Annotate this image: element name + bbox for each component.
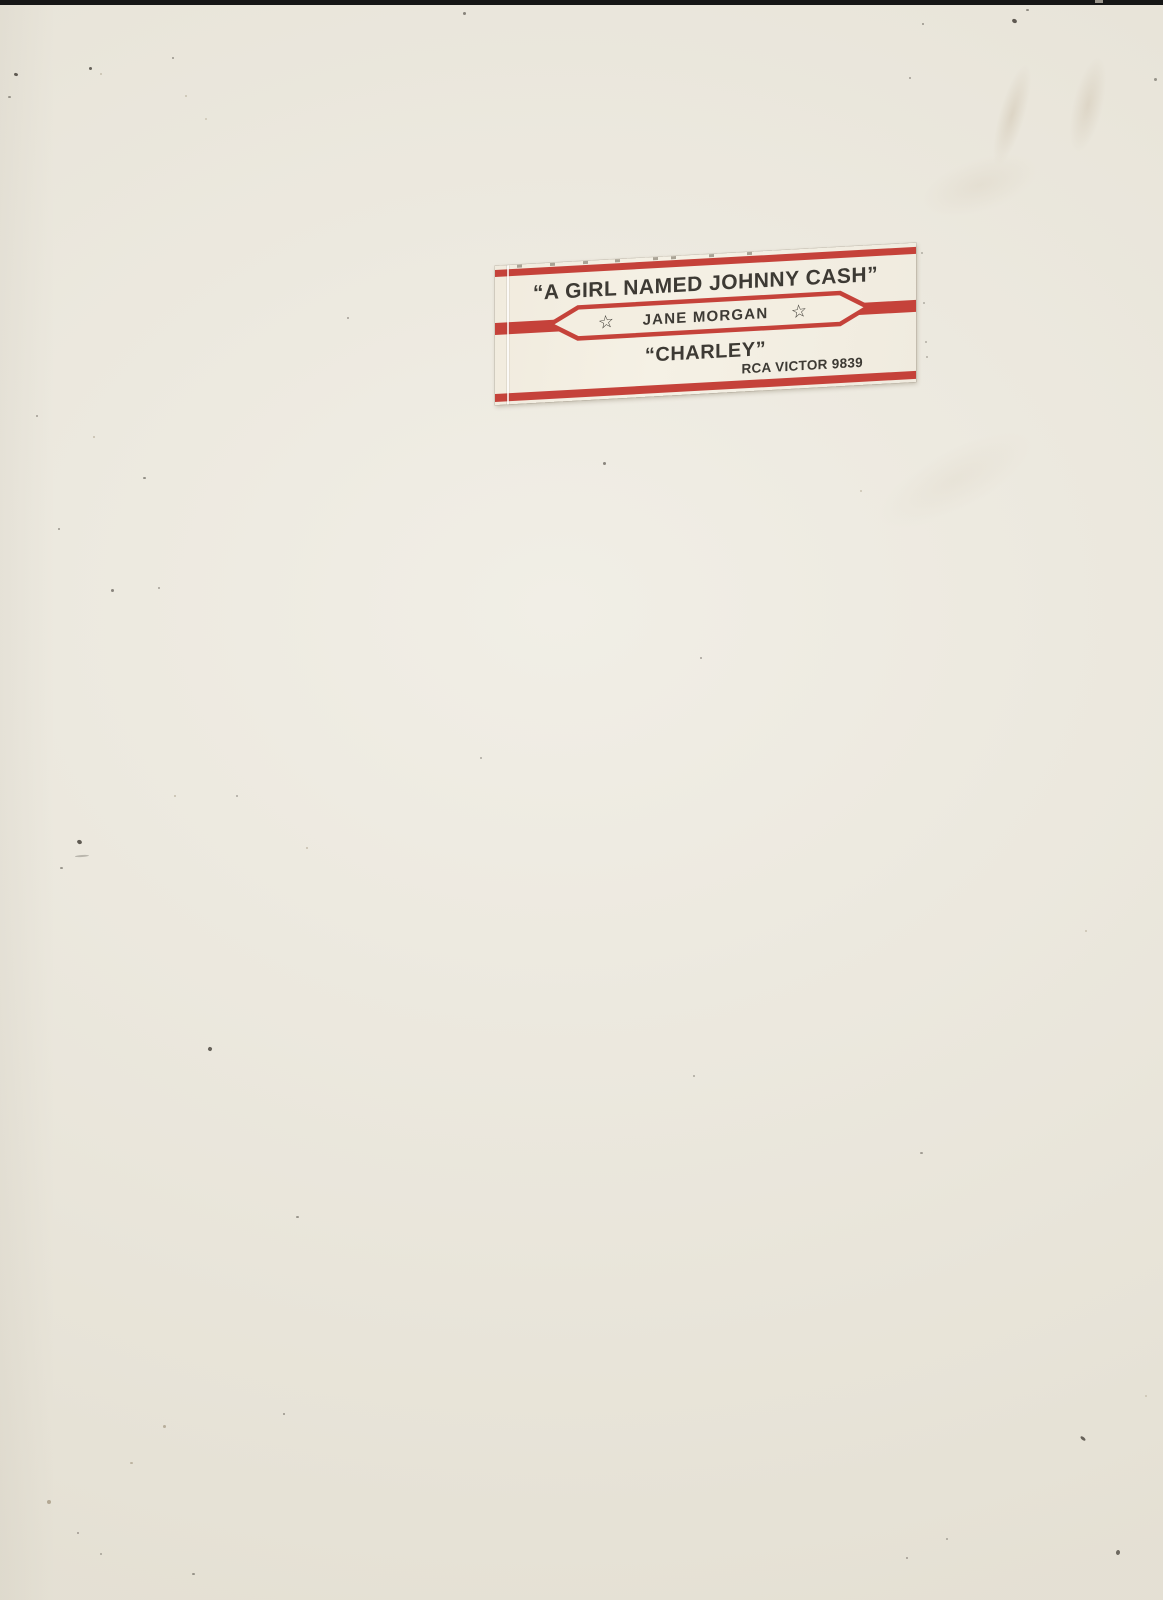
dust-speck: [1026, 9, 1029, 11]
smudge-mark: [835, 391, 1076, 570]
dust-speck: [909, 77, 911, 79]
dust-speck: [93, 436, 95, 438]
dust-speck: [75, 855, 89, 858]
dust-speck: [76, 839, 82, 845]
dust-speck: [922, 23, 924, 25]
dust-speck: [1145, 1395, 1147, 1397]
dust-speck: [926, 356, 928, 358]
dust-speck: [906, 1557, 908, 1559]
dust-speck: [60, 867, 63, 869]
dust-speck: [100, 1553, 102, 1555]
dust-speck: [207, 1046, 212, 1051]
perforation-tick: [583, 261, 588, 264]
dust-speck: [1116, 1550, 1121, 1556]
dust-speck: [77, 1532, 79, 1534]
smudge-mark: [976, 43, 1047, 187]
dust-speck: [700, 657, 702, 659]
dust-speck: [921, 252, 923, 254]
dust-speck: [1011, 18, 1017, 24]
dust-speck: [925, 341, 927, 343]
dust-speck: [58, 528, 60, 530]
dust-speck: [158, 587, 160, 589]
dust-speck: [174, 795, 176, 797]
dust-speck: [1085, 930, 1087, 932]
dust-speck: [89, 67, 92, 70]
dust-speck: [47, 1500, 51, 1504]
strip-fold-crease: [507, 265, 509, 404]
dust-speck: [236, 795, 238, 797]
dust-speck: [283, 1413, 285, 1415]
scan-top-edge: [0, 0, 1163, 5]
jukebox-title-strip: “A GIRL NAMED JOHNNY CASH” ☆ ☆ JANE MORG…: [495, 243, 916, 405]
dust-speck: [185, 95, 187, 97]
scanned-photo-board: “A GIRL NAMED JOHNNY CASH” ☆ ☆ JANE MORG…: [0, 0, 1163, 1600]
perforation-tick: [653, 257, 658, 260]
perforation-tick: [615, 259, 620, 262]
dust-speck: [603, 462, 606, 465]
dust-speck: [1154, 78, 1157, 81]
dust-speck: [1080, 1435, 1087, 1441]
dust-speck: [143, 477, 146, 479]
dust-speck: [192, 1573, 195, 1575]
dust-speck: [923, 302, 925, 304]
dust-speck: [860, 490, 862, 492]
smudge-mark: [1054, 37, 1122, 173]
dust-speck: [347, 317, 349, 319]
smudge-mark: [893, 127, 1067, 243]
dust-speck: [163, 1425, 166, 1428]
dust-speck: [36, 415, 38, 417]
dust-speck: [8, 96, 11, 98]
perforation-tick: [517, 265, 522, 268]
dust-speck: [480, 757, 482, 759]
dust-speck: [205, 118, 207, 120]
dust-speck: [306, 847, 308, 849]
dust-speck: [172, 57, 174, 59]
dust-speck: [111, 589, 114, 592]
perforation-tick: [747, 252, 752, 255]
dust-speck: [693, 1075, 695, 1077]
scan-edge-notch: [1095, 0, 1103, 3]
dust-speck: [100, 73, 102, 75]
perforation-tick: [671, 256, 676, 259]
dust-speck: [130, 1462, 133, 1464]
dust-speck: [14, 72, 19, 76]
perforation-tick: [550, 263, 555, 266]
strip-bottom-red-stripe: [495, 371, 916, 402]
dust-speck: [920, 1152, 923, 1154]
perforation-tick: [709, 254, 714, 257]
dust-speck: [296, 1216, 299, 1218]
dust-speck: [946, 1538, 948, 1540]
dust-speck: [463, 12, 466, 15]
